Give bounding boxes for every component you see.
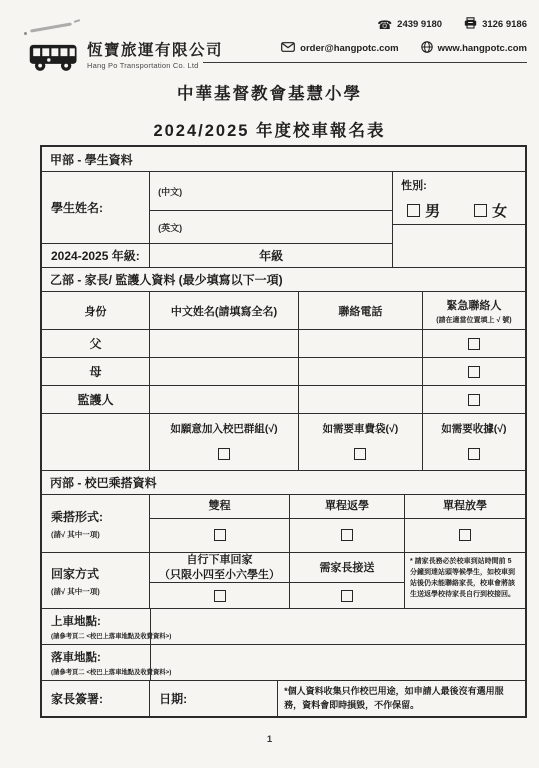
ride-type-row: 乘搭形式: (請√ 其中一項) 雙程 單程返學 單程放學 xyxy=(42,494,525,552)
fare-bag-checkbox[interactable] xyxy=(354,448,366,460)
company-name-zh: 恆寶旅運有限公司 xyxy=(87,38,223,60)
page-number: 1 xyxy=(0,734,539,745)
col-emergency-title: 緊急聯絡人 xyxy=(446,297,501,313)
parent-pickup-checkbox[interactable] xyxy=(341,590,353,602)
pickup-location-label: 上車地點: xyxy=(51,613,150,629)
ride-type-label: 乘搭形式: xyxy=(51,508,149,525)
self-alight-checkbox[interactable] xyxy=(214,590,226,602)
home-method-note: * 請家長務必於校車到站時間前 5 分鐘到達站頭等候學生，如校車到站後仍未能聯絡… xyxy=(404,553,525,608)
receipt-checkbox[interactable] xyxy=(468,448,480,460)
guardian-label: 監護人 xyxy=(42,386,149,413)
guardian-emergency-cell xyxy=(422,386,525,413)
home-tick-note: (請√ 其中一項) xyxy=(51,586,149,597)
phone-number: 2439 9180 xyxy=(397,19,442,30)
parent-pickup-cell xyxy=(290,583,404,608)
join-group-label: 如願意加入校巴群組(√) xyxy=(170,421,277,436)
student-name-label: 學生姓名: xyxy=(42,172,149,243)
col-emergency: 緊急聯絡人 (請在適當位置填上 √ 號) xyxy=(422,292,525,329)
oneway-to-school-cell xyxy=(290,519,404,552)
mother-name-field xyxy=(149,358,298,385)
receipt-label: 如需要收據(√) xyxy=(441,421,506,436)
self-alight-label: 自行下車回家 xyxy=(187,553,253,567)
oneway-from-school-label: 單程放學 xyxy=(405,495,525,519)
dropoff-location-row: 落車地點: (請參考頁二 <校巴上落車地點及收費資料>) xyxy=(42,644,525,680)
fare-bag-option: 如需要車費袋(√) xyxy=(298,414,422,470)
mother-row: 母 xyxy=(42,357,525,385)
header-divider xyxy=(203,62,527,63)
signature-row: 家長簽署: 日期: *個人資料收集只作校巴用途，如申請人最後沒有選用服務，資料會… xyxy=(42,680,525,716)
col-name: 中文姓名(請填寫全名) xyxy=(149,292,298,329)
email-contact: order@hangpotc.com xyxy=(281,42,398,55)
father-name-field xyxy=(149,330,298,357)
globe-icon xyxy=(421,41,433,56)
fax-contact: 3126 9186 xyxy=(464,17,527,32)
name-chinese-field: (中文) xyxy=(150,172,392,210)
phone-icon: ☎ xyxy=(377,19,392,31)
pickup-location-row: 上車地點: (請參考頁二 <校巴上落車地點及收費資料>) xyxy=(42,608,525,644)
grade-label: 2024-2025 年級: xyxy=(42,243,149,267)
fare-bag-label: 如需要車費袋(√) xyxy=(322,421,398,436)
receipt-option: 如需要收據(√) xyxy=(422,414,525,470)
section-a-body: 學生姓名: 2024-2025 年級: (中文) (英文) 年級 性別: 男 xyxy=(42,171,525,267)
self-alight-restriction: （只限小四至小六學生） xyxy=(159,568,280,582)
mother-emergency-checkbox[interactable] xyxy=(468,366,480,378)
gender-label: 性別: xyxy=(401,177,517,193)
guardian-phone-field xyxy=(298,386,422,413)
empty-cell xyxy=(42,414,149,470)
name-english-field: (英文) xyxy=(150,210,392,243)
guardian-emergency-checkbox[interactable] xyxy=(468,394,480,406)
website-url: www.hangpotc.com xyxy=(438,43,527,54)
email-icon xyxy=(281,42,295,55)
col-identity: 身份 xyxy=(42,292,149,329)
mother-phone-field xyxy=(298,358,422,385)
father-emergency-cell xyxy=(422,330,525,357)
home-method-row: 回家方式 (請√ 其中一項) 自行下車回家 （只限小四至小六學生） 需家長接送 … xyxy=(42,552,525,608)
dropoff-location-note: (請參考頁二 <校巴上落車地點及收費資料>) xyxy=(51,667,150,676)
section-b-column-headers: 身份 中文姓名(請填寫全名) 聯絡電話 緊急聯絡人 (請在適當位置填上 √ 號) xyxy=(42,291,525,329)
round-trip-label: 雙程 xyxy=(150,495,289,519)
father-emergency-checkbox[interactable] xyxy=(468,338,480,350)
phone-contact: ☎ 2439 9180 xyxy=(377,19,442,31)
form-page: 恆寶旅運有限公司 Hang Po Transportation Co. Ltd … xyxy=(0,0,539,768)
female-label: 女 xyxy=(492,200,507,221)
website-contact: www.hangpotc.com xyxy=(421,41,527,56)
self-alight-cell xyxy=(150,583,289,608)
guardian-name-field xyxy=(149,386,298,413)
oneway-to-school-label: 單程返學 xyxy=(290,495,404,519)
grade-value: 年級 xyxy=(150,243,392,267)
gender-male-option: 男 xyxy=(407,200,440,221)
pickup-location-note: (請參考頁二 <校巴上落車地點及收費資料>) xyxy=(51,631,150,640)
ride-tick-note: (請√ 其中一項) xyxy=(51,529,149,540)
fax-number: 3126 9186 xyxy=(482,19,527,30)
father-phone-field xyxy=(298,330,422,357)
section-b-header: 乙部 - 家長/ 監護人資料 (最少填寫以下一項) xyxy=(42,267,525,291)
company-logo: 恆寶旅運有限公司 Hang Po Transportation Co. Ltd xyxy=(28,38,223,74)
bus-icon xyxy=(28,38,80,74)
section-a-header: 甲部 - 學生資料 xyxy=(42,147,525,171)
date-label: 日期: xyxy=(149,681,277,716)
father-label: 父 xyxy=(42,330,149,357)
form-title: 2024/2025 年度校車報名表 xyxy=(0,117,539,141)
col-phone: 聯絡電話 xyxy=(298,292,422,329)
school-name-title: 中華基督教會基慧小學 xyxy=(0,80,539,104)
options-row: 如願意加入校巴群組(√) 如需要車費袋(√) 如需要收據(√) xyxy=(42,413,525,470)
mother-label: 母 xyxy=(42,358,149,385)
fax-icon xyxy=(464,17,477,32)
letterhead: 恆寶旅運有限公司 Hang Po Transportation Co. Ltd … xyxy=(0,0,539,145)
female-checkbox[interactable] xyxy=(474,204,487,217)
signature-label: 家長簽署: xyxy=(42,681,149,716)
gender-female-option: 女 xyxy=(474,200,507,221)
col-emergency-note: (請在適當位置填上 √ 號) xyxy=(436,315,511,325)
oneway-to-school-checkbox[interactable] xyxy=(341,529,353,541)
male-checkbox[interactable] xyxy=(407,204,420,217)
application-form: 甲部 - 學生資料 學生姓名: 2024-2025 年級: (中文) (英文) … xyxy=(40,145,527,718)
male-label: 男 xyxy=(425,200,440,221)
round-trip-cell xyxy=(150,519,289,552)
guardian-row: 監護人 xyxy=(42,385,525,413)
contact-block: ☎ 2439 9180 3126 9186 xyxy=(281,17,527,65)
home-method-label: 回家方式 xyxy=(51,565,149,582)
join-group-option: 如願意加入校巴群組(√) xyxy=(149,414,298,470)
privacy-note: *個人資料收集只作校巴用途，如申請人最後沒有選用服務，資料會即時損毀，不作保留。 xyxy=(277,681,525,716)
dropoff-location-field xyxy=(150,645,525,680)
dropoff-location-label: 落車地點: xyxy=(51,649,150,665)
oneway-from-school-cell xyxy=(405,519,525,552)
parent-pickup-label: 需家長接送 xyxy=(290,553,404,583)
empty-cell xyxy=(393,224,525,267)
join-group-checkbox[interactable] xyxy=(218,448,230,460)
round-trip-checkbox[interactable] xyxy=(214,529,226,541)
mother-emergency-cell xyxy=(422,358,525,385)
pickup-location-field xyxy=(150,609,525,644)
section-c-header: 丙部 - 校巴乘搭資料 xyxy=(42,470,525,494)
father-row: 父 xyxy=(42,329,525,357)
email-address: order@hangpotc.com xyxy=(300,43,398,54)
oneway-from-school-checkbox[interactable] xyxy=(459,529,471,541)
